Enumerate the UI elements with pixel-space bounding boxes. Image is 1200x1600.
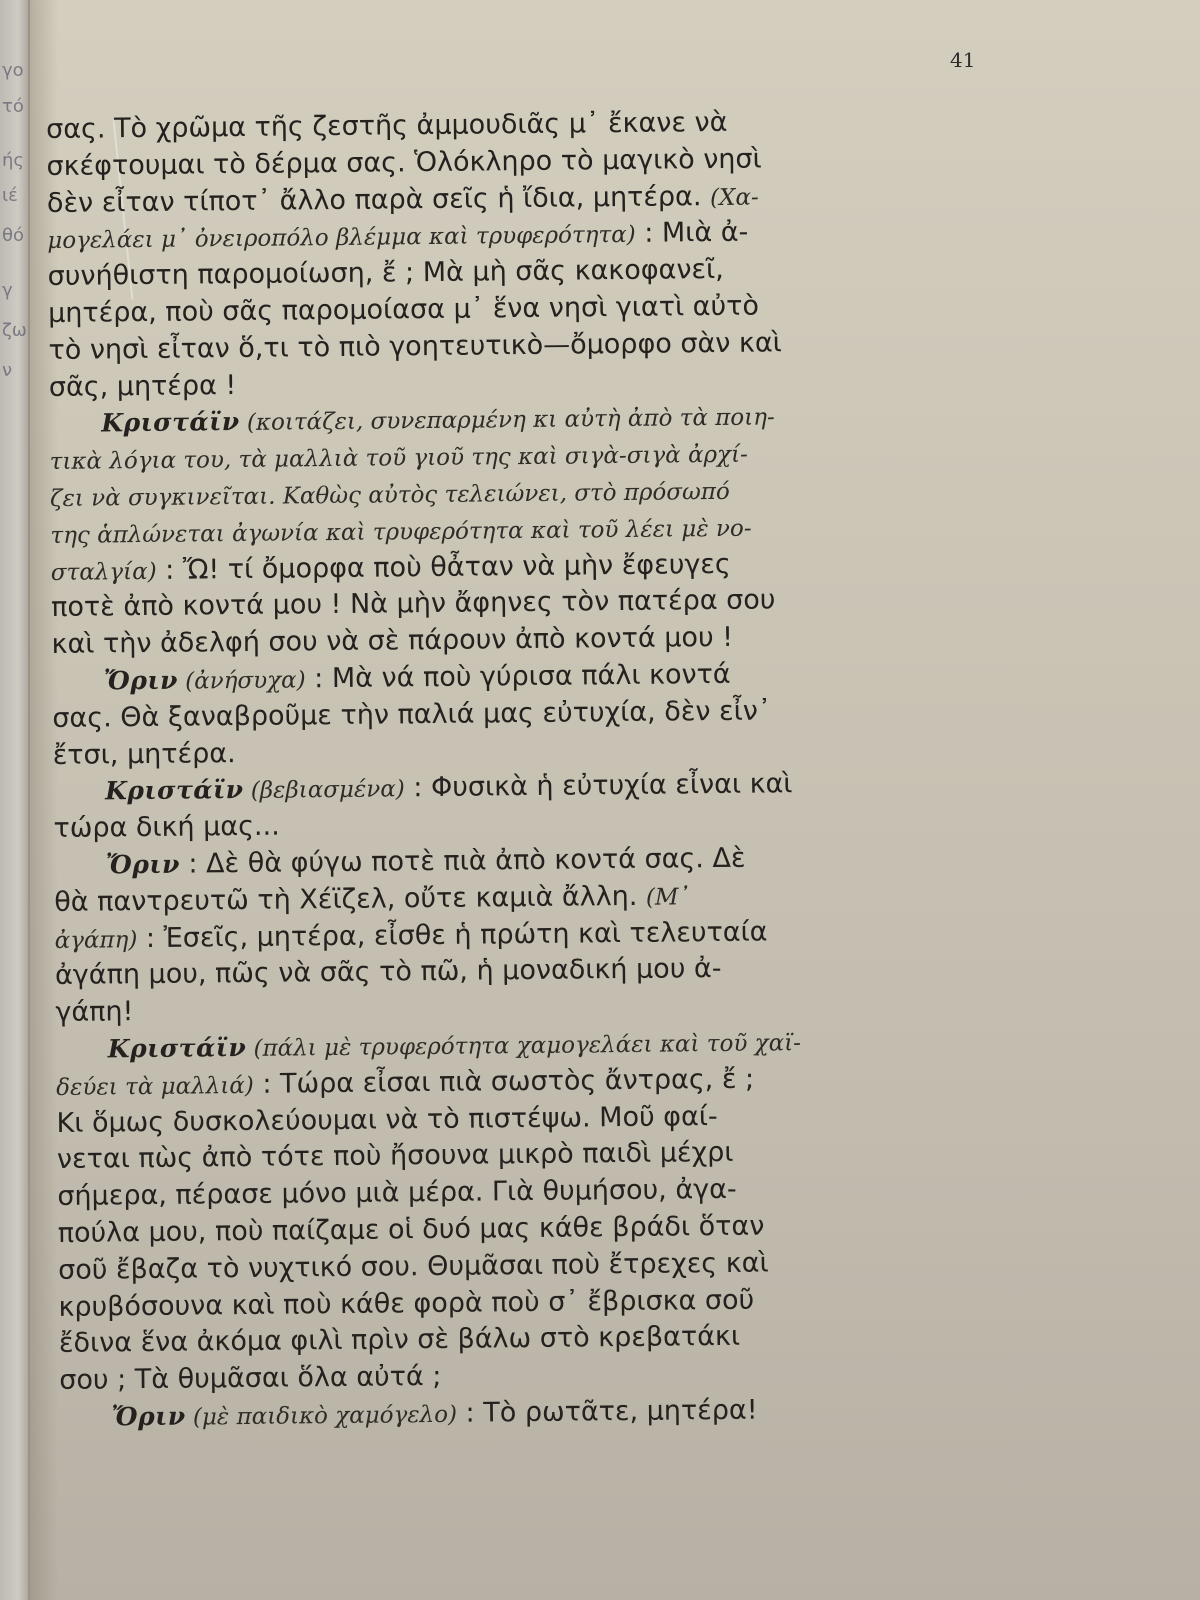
stage-direction: (ἀνήσυχα) [178, 667, 306, 694]
speaker-name: Κριστάϊν [105, 775, 244, 805]
dialogue-text: ἀγάπη μου, πῶς νὰ σᾶς τὸ πῶ, ἡ μοναδική … [55, 953, 722, 991]
stage-direction: σταλγία) [51, 558, 157, 585]
stage-direction: ζει νὰ συγκινεῖται. Καθὼς αὐτὸς τελειώνε… [50, 479, 730, 512]
dialogue-text: : Μιὰ ἀ- [636, 217, 749, 249]
dialogue-text: σήμερα, πέρασε μόνο μιὰ μέρα. Γιὰ θυμήσο… [57, 1174, 737, 1212]
facing-page-fragment: γο [2, 60, 26, 81]
stage-direction: δεύει τὰ μαλλιά) [56, 1073, 254, 1101]
speaker-name: Κριστάϊν [108, 1033, 247, 1063]
speaker-name: Ὄριν [112, 1402, 186, 1432]
stage-direction: (βεβιασμένα) [243, 777, 405, 805]
dialogue-text: νεται πὼς ἀπὸ τότε ποὺ ἤσουνα μικρὸ παιδ… [57, 1137, 734, 1175]
facing-page-edge: γο τό ής ιέ θό γ ζω ν [0, 0, 30, 1600]
dialogue-text: ἔτσι, μητέρα. [53, 738, 236, 771]
dialogue-text: καὶ τὴν ἀδελφή σου νὰ σὲ πάρουν ἀπὸ κοντ… [51, 622, 733, 660]
stage-direction: τικὰ λόγια του, τὰ μαλλιὰ τοῦ γιοῦ της κ… [50, 442, 748, 475]
dialogue-text: ποτὲ ἀπὸ κοντά μου ! Νὰ μὴν ἄφηνες τὸν π… [51, 585, 776, 624]
dialogue-text: σκέφτουμαι τὸ δέρμα σας. Ὁλόκληρο τὸ μαγ… [46, 143, 761, 181]
dialogue-text: σοῦ ἔβαζα τὸ νυχτικό σου. Θυμᾶσαι ποὺ ἔτ… [58, 1247, 769, 1285]
dialogue-text: τώρα δική μας... [53, 811, 280, 844]
dialogue-text: σᾶς, μητέρα ! [49, 370, 237, 403]
dialogue-text: τὸ νησὶ εἶταν ὅ,τι τὸ πιὸ γοητευτικὸ—ὄμο… [48, 327, 782, 366]
speaker-name: Κριστάϊν [101, 407, 240, 437]
facing-page-fragment: θό [2, 225, 26, 246]
dialogue-text: σου ; Τὰ θυμᾶσαι ὅλα αὐτά ; [59, 1361, 441, 1396]
speaker-name: Ὄριν [104, 666, 178, 696]
dialogue-text: κρυβόσουνα καὶ ποὺ κάθε φορὰ ποὺ σ᾽ ἔβρι… [58, 1284, 754, 1322]
play-text-block: σας. Τὸ χρῶμα τῆς ζεστῆς ἀμμουδιᾶς μ᾽ ἔκ… [46, 102, 1020, 1437]
stage-direction: (Χα- [710, 184, 759, 211]
stage-direction: της ἁπλώνεται ἀγωνία καὶ τρυφερότητα καὶ… [50, 515, 751, 548]
speaker-name: Ὄριν [106, 850, 180, 880]
dialogue-text: : Τώρα εἶσαι πιὰ σωστὸς ἄντρας, ἔ ; [254, 1063, 755, 1099]
book-page-photo: γο τό ής ιέ θό γ ζω ν 41 σας. Τὸ χρῶμα τ… [0, 0, 1200, 1600]
stage-direction: (κοιτάζει, συνεπαρμένη κι αὐτὴ ἀπὸ τὰ πο… [240, 405, 775, 437]
stage-direction: (Μ᾽ [646, 884, 690, 910]
facing-page-fragment: τό [2, 96, 26, 117]
dialogue-text: σας. Τὸ χρῶμα τῆς ζεστῆς ἀμμουδιᾶς μ᾽ ἔκ… [46, 107, 728, 145]
dialogue-text: : Μὰ νά ποὺ γύρισα πάλι κοντά [305, 659, 730, 694]
dialogue-text: : Τὸ ρωτᾶτε, μητέρα! [457, 1395, 758, 1429]
stage-direction: (πάλι μὲ τρυφερότητα χαμογελάει καὶ τοῦ … [246, 1030, 801, 1062]
dialogue-text: σας. Θὰ ξαναβροῦμε τὴν παλιά μας εὐτυχία… [52, 695, 771, 734]
dialogue-text: γάπη! [55, 996, 133, 1028]
facing-page-fragment: ής [2, 150, 26, 171]
dialogue-text: : Δὲ θὰ φύγω ποτὲ πιὰ ἀπὸ κοντά σας. Δὲ [180, 843, 746, 880]
stage-direction: μογελάει μ᾽ ὀνειροπόλο βλέμμα καὶ τρυφερ… [47, 222, 636, 254]
facing-page-fragment: ιέ [2, 185, 26, 206]
dialogue-text: συνήθιστη παρομοίωση, ἔ ; Μὰ μὴ σᾶς κακο… [48, 254, 724, 292]
dialogue-text: πούλα μου, ποὺ παίζαμε οἱ δυό μας κάθε β… [58, 1210, 765, 1248]
dialogue-text: ἔδινα ἕνα ἀκόμα φιλὶ πρὶν σὲ βάλω στὸ κρ… [59, 1321, 740, 1359]
dialogue-text: : Φυσικὰ ἡ εὐτυχία εἶναι καὶ [405, 769, 793, 804]
facing-page-fragment: ν [2, 360, 26, 381]
stage-direction: ἀγάπη) [55, 927, 138, 954]
dialogue-text: θὰ παντρευτῶ τὴ Χέϊζελ, οὔτε καμιὰ ἄλλη. [54, 880, 646, 917]
dialogue-text: : Ἐσεῖς, μητέρα, εἶσθε ἡ πρώτη καὶ τελευ… [137, 916, 767, 954]
page-number: 41 [950, 48, 975, 72]
dialogue-text: : Ὤ! τί ὄμορφα ποὺ θἆταν νὰ μὴν ἔφευγες [156, 548, 730, 585]
dialogue-text: δὲν εἶταν τίποτ᾽ ἄλλο παρὰ σεῖς ἡ ἴδια, … [47, 181, 710, 219]
facing-page-fragment: ζω [2, 320, 26, 341]
stage-direction: (μὲ παιδικὸ χαμόγελο) [185, 1402, 457, 1431]
facing-page-fragment: γ [2, 280, 26, 301]
dialogue-text: Κι ὅμως δυσκολεύουμαι νὰ τὸ πιστέψω. Μοῦ… [56, 1101, 717, 1139]
dialogue-text: μητέρα, ποὺ σᾶς παρομοίασα μ᾽ ἕνα νησὶ γ… [48, 291, 759, 329]
